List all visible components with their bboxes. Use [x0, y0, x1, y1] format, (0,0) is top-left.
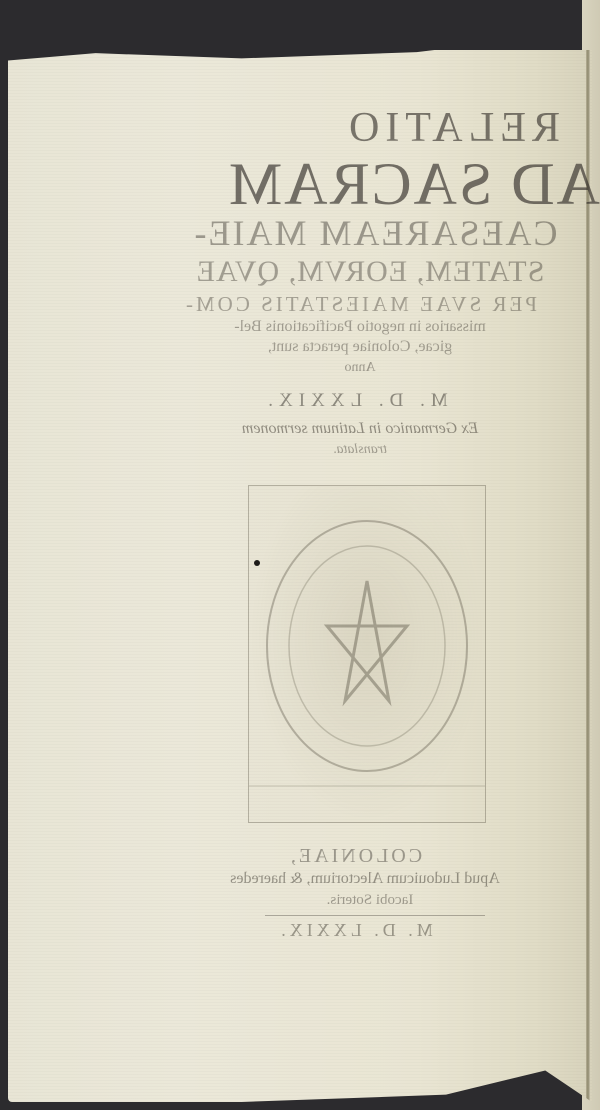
title-line-5: PER SVAE MAIESTATIS COM- [160, 292, 560, 317]
title-year: M. D. LXXIX. [220, 390, 490, 412]
title-line-3: CAESAREAM MAIE- [160, 212, 590, 254]
translation-note-1: Ex Germanico in Latinum sermonem [210, 420, 510, 438]
ink-spot [254, 560, 260, 566]
title-line-4: STATEM, EORVM, QVAE [150, 255, 590, 289]
title-line-7: gicae, Coloniae peracta sunt, [210, 338, 510, 356]
title-line-6: missarios in negotio Pacificationis Bel- [190, 318, 530, 336]
imprint-city: COLONIAE, [240, 845, 470, 868]
show-through-text: RELATIO AD SACRAM CAESAREAM MAIE- STATEM… [0, 0, 600, 1110]
title-line-8: Anno [260, 360, 460, 376]
imprint-rule [265, 915, 485, 916]
translation-note-2: translata. [260, 442, 460, 458]
imprint-printer: Apud Ludouicum Alectorium, & haeredes [190, 870, 540, 888]
imprint-year: M. D. LXXIX. [240, 920, 470, 941]
imprint-heirs: Iacobi Soteris. [270, 892, 470, 909]
pentagram-medallion-icon [249, 486, 485, 822]
title-line-2: AD SACRAM [265, 150, 600, 219]
printers-device [248, 485, 486, 823]
title-line-1: RELATIO [390, 104, 560, 152]
